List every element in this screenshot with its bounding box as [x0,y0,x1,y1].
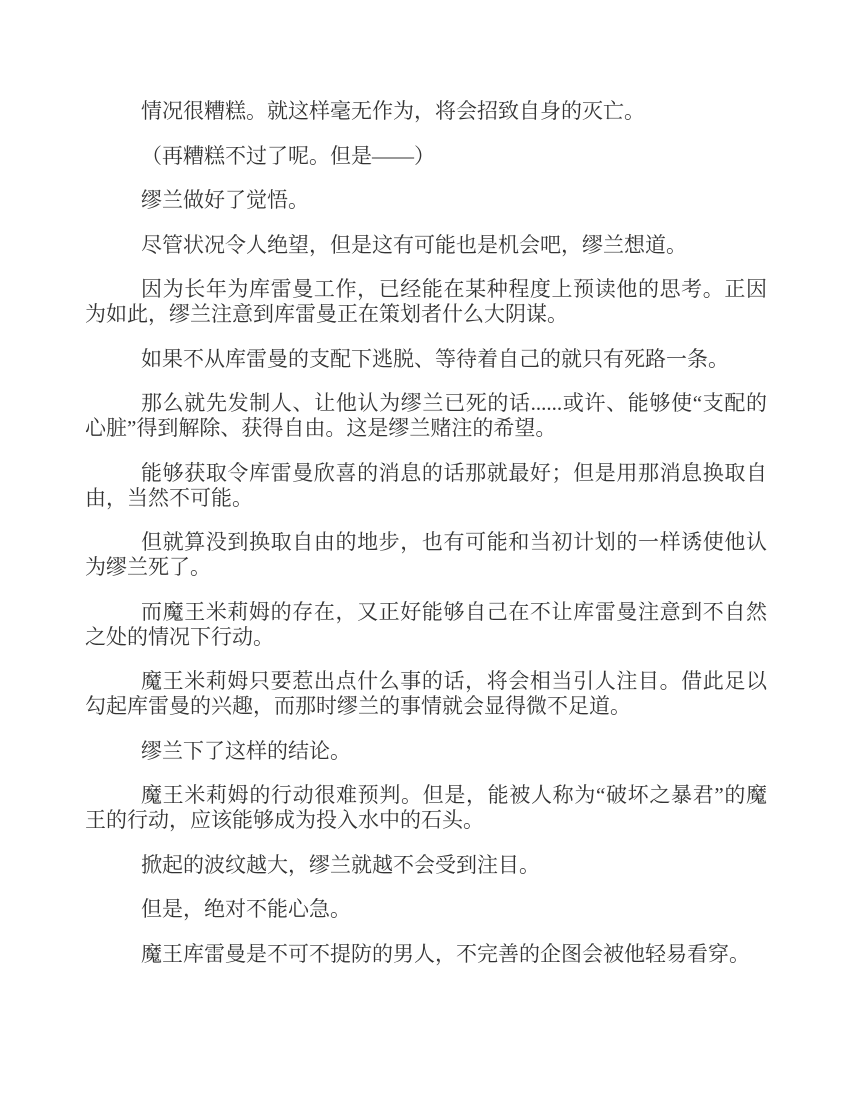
paragraph: 尽管状况令人绝望，但是这有可能也是机会吧，缪兰想道。 [85,233,767,258]
paragraph: 缪兰做好了觉悟。 [85,188,767,213]
paragraph: 掀起的波纹越大，缪兰就越不会受到注目。 [85,853,767,878]
paragraph: 但是，绝对不能心急。 [85,897,767,922]
paragraph: 因为长年为库雷曼工作，已经能在某种程度上预读他的思考。正因为如此，缪兰注意到库雷… [85,277,767,327]
paragraph: 但就算没到换取自由的地步，也有可能和当初计划的一样诱使他认为缪兰死了。 [85,530,767,580]
paragraph: 那么就先发制人、让他认为缪兰已死的话......或许、能够使“支配的心脏”得到解… [85,391,767,441]
paragraph: 如果不从库雷曼的支配下逃脱、等待着自己的就只有死路一条。 [85,347,767,372]
paragraph: 能够获取令库雷曼欣喜的消息的话那就最好；但是用那消息换取自由，当然不可能。 [85,461,767,511]
paragraph: 而魔王米莉姆的存在，又正好能够自己在不让库雷曼注意到不自然之处的情况下行动。 [85,600,767,650]
paragraph: 魔王库雷曼是不可不提防的男人，不完善的企图会被他轻易看穿。 [85,942,767,967]
paragraph: （再糟糕不过了呢。但是——） [85,144,767,169]
paragraph: 魔王米莉姆只要惹出点什么事的话，将会相当引人注目。借此足以勾起库雷曼的兴趣，而那… [85,669,767,719]
paragraph: 魔王米莉姆的行动很难预判。但是，能被人称为“破坏之暴君”的魔王的行动，应该能够成… [85,783,767,833]
novel-text-page: 情况很糟糕。就这样毫无作为，将会招致自身的灭亡。 （再糟糕不过了呢。但是——） … [85,99,767,986]
paragraph: 缪兰下了这样的结论。 [85,739,767,764]
document-page-background: { "page": { "background_color": "#ffffff… [0,0,850,1100]
paragraph: 情况很糟糕。就这样毫无作为，将会招致自身的灭亡。 [85,99,767,124]
